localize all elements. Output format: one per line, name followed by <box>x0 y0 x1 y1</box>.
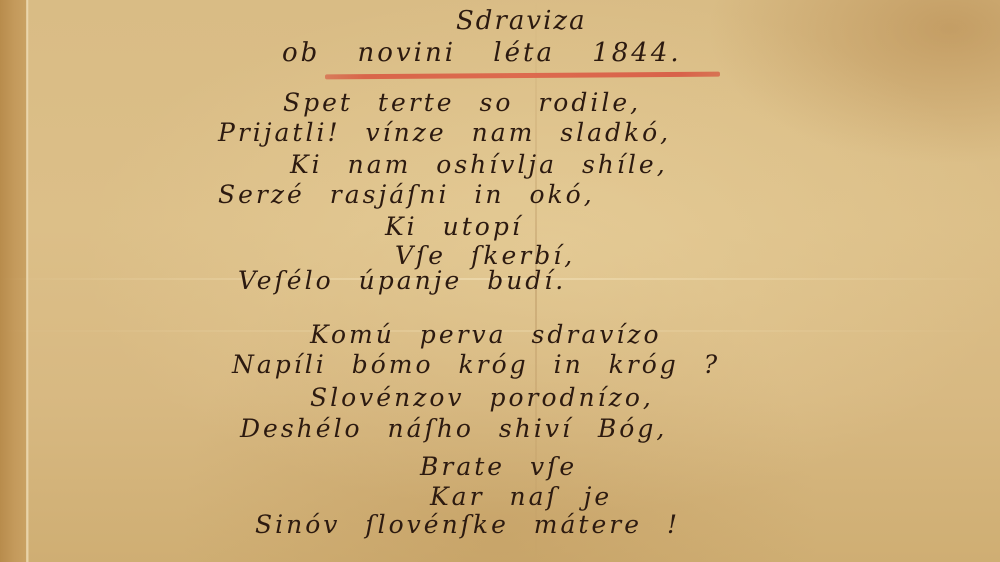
poem-subtitle: ob novini léta 1844. <box>282 40 682 66</box>
stanza-1-line-6: Vſe ſkerbí, <box>395 243 575 268</box>
manuscript-page: Sdraviza ob novini léta 1844. Spet terte… <box>0 0 1000 562</box>
stanza-2-line-7: Sinóv ſlovénſke mátere ! <box>255 512 680 537</box>
stanza-2-line-6: Kar naſ je <box>430 484 612 509</box>
stanza-1-line-2: Prijatli! vínze nam sladkó, <box>218 120 671 145</box>
paper-fold-vertical-left <box>26 0 29 562</box>
stanza-1-line-4: Serzé rasjáſni in okó, <box>218 182 595 207</box>
stanza-1-line-5: Ki utopí <box>385 214 523 239</box>
poem-title: Sdraviza <box>456 8 587 34</box>
red-underline-rule <box>325 72 720 80</box>
stanza-2-line-3: Slovénzov porodnízo, <box>310 385 654 410</box>
stanza-2-line-1: Komú perva sdravízo <box>310 322 662 347</box>
paper-edge-strip <box>0 0 27 562</box>
stanza-1-line-1: Spet terte so rodile, <box>283 90 641 115</box>
stanza-2-line-2: Napíli bómo króg in króg ? <box>232 352 720 377</box>
stanza-1-line-7: Veſélo úpanje budí. <box>238 268 566 293</box>
stanza-1-line-3: Ki nam oshívlja shíle, <box>290 152 668 177</box>
stanza-2-line-4: Deshélo náſho shiví Bóg, <box>240 416 667 441</box>
stanza-2-line-5: Brate vſe <box>420 454 577 479</box>
